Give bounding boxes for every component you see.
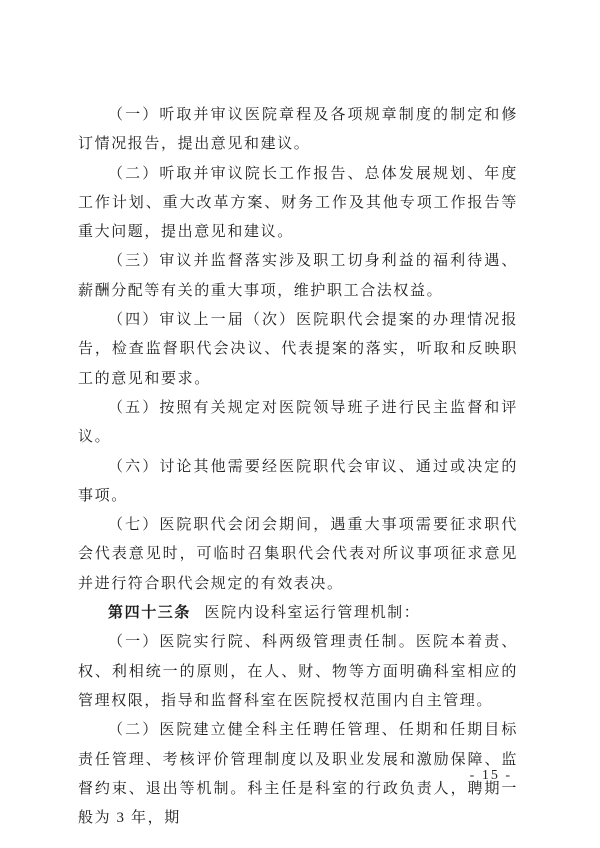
paragraph-item-1: （一）听取并审议医院章程及各项规章制度的制定和修订情况报告，提出意见和建议。 <box>78 101 518 160</box>
paragraph-item-6: （六）讨论其他需要经医院职代会审议、通过或决定的事项。 <box>78 453 518 512</box>
document-page: （一）听取并审议医院章程及各项规章制度的制定和修订情况报告，提出意见和建议。 （… <box>0 0 600 848</box>
article-title: 医院内设科室运行管理机制： <box>205 605 421 621</box>
page-number: - 15 - <box>470 768 512 784</box>
paragraph-item-9: （二）医院建立健全科主任聘任管理、任期和任期目标责任管理、考核评价管理制度以及职… <box>78 716 518 833</box>
paragraph-item-8: （一）医院实行院、科两级管理责任制。医院本着责、权、利相统一的原则，在人、财、物… <box>78 628 518 716</box>
paragraph-article-43: 第四十三条医院内设科室运行管理机制： <box>78 599 518 628</box>
paragraph-item-3: （三）审议并监督落实涉及职工切身利益的福利待遇、薪酬分配等有关的重大事项，维护职… <box>78 247 518 306</box>
paragraph-item-7: （七）医院职代会闭会期间，遇重大事项需要征求职代会代表意见时，可临时召集职代会代… <box>78 511 518 599</box>
document-body: （一）听取并审议医院章程及各项规章制度的制定和修订情况报告，提出意见和建议。 （… <box>78 101 518 833</box>
paragraph-item-2: （二）听取并审议院长工作报告、总体发展规划、年度工作计划、重大改革方案、财务工作… <box>78 160 518 248</box>
paragraph-item-4: （四）审议上一届（次）医院职代会提案的办理情况报告，检查监督职代会决议、代表提案… <box>78 306 518 394</box>
paragraph-item-5: （五）按照有关规定对医院领导班子进行民主监督和评议。 <box>78 394 518 453</box>
article-number: 第四十三条 <box>108 605 191 621</box>
